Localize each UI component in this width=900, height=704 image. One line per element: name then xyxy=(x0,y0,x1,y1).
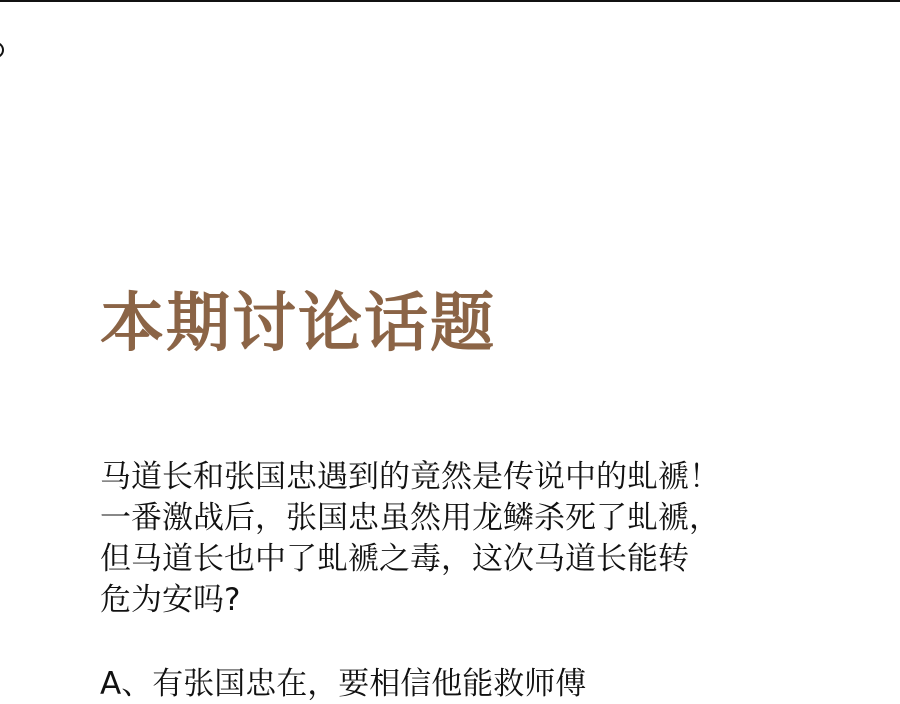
edge-fragment xyxy=(0,42,4,58)
question-line: 一番激战后，张国忠虽然用龙鳞杀死了虬褫， xyxy=(100,498,820,539)
question-line: 但马道长也中了虬褫之毒，这次马道长能转 xyxy=(100,539,820,580)
question-line: 危为安吗? xyxy=(100,580,820,621)
discussion-title: 本期讨论话题 xyxy=(100,284,496,364)
top-divider xyxy=(0,0,900,2)
option-a: A、有张国忠在，要相信他能救师傅 xyxy=(100,664,586,704)
question-text: 马道长和张国忠遇到的竟然是传说中的虬褫！ 一番激战后，张国忠虽然用龙鳞杀死了虬褫… xyxy=(100,457,820,621)
question-line: 马道长和张国忠遇到的竟然是传说中的虬褫！ xyxy=(100,457,820,498)
